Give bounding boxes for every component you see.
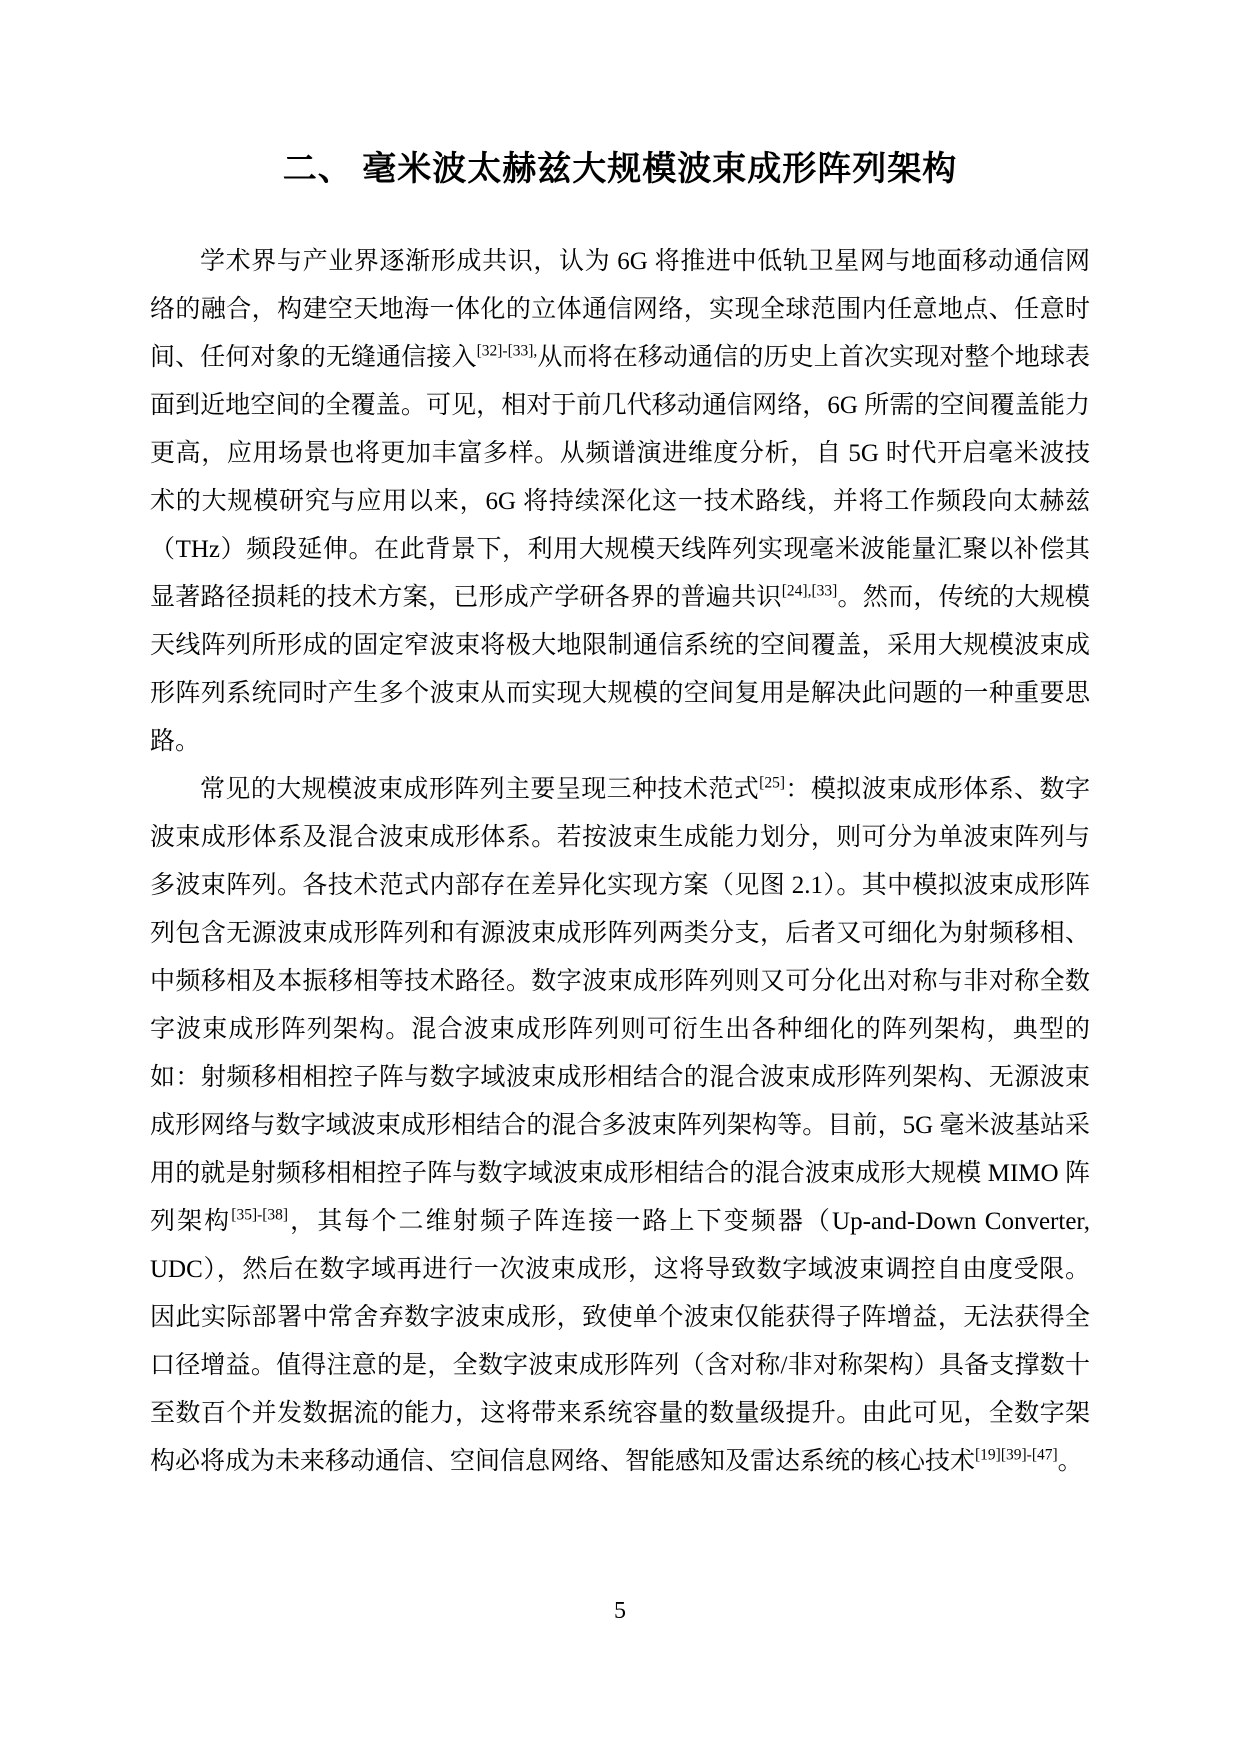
- citation-superscript: [19][39]-[47]: [975, 1447, 1058, 1464]
- citation-superscript: [24],[33]: [782, 583, 838, 600]
- paragraph: 常见的大规模波束成形阵列主要呈现三种技术范式[25]：模拟波束成形体系、数字波束…: [150, 766, 1090, 1486]
- citation-superscript: [35]-[38]: [231, 1207, 288, 1224]
- paragraph: 学术界与产业界逐渐形成共识，认为 6G 将推进中低轨卫星网与地面移动通信网络的融…: [150, 238, 1090, 766]
- page-number: 5: [0, 1598, 1240, 1625]
- citation-superscript: [32]-[33],: [477, 343, 538, 360]
- citation-superscript: [25]: [759, 775, 785, 792]
- section-heading: 二、 毫米波太赫兹大规模波束成形阵列架构: [150, 0, 1090, 192]
- document-paragraphs: 学术界与产业界逐渐形成共识，认为 6G 将推进中低轨卫星网与地面移动通信网络的融…: [150, 238, 1090, 1486]
- document-page: 二、 毫米波太赫兹大规模波束成形阵列架构 学术界与产业界逐渐形成共识，认为 6G…: [0, 0, 1240, 1754]
